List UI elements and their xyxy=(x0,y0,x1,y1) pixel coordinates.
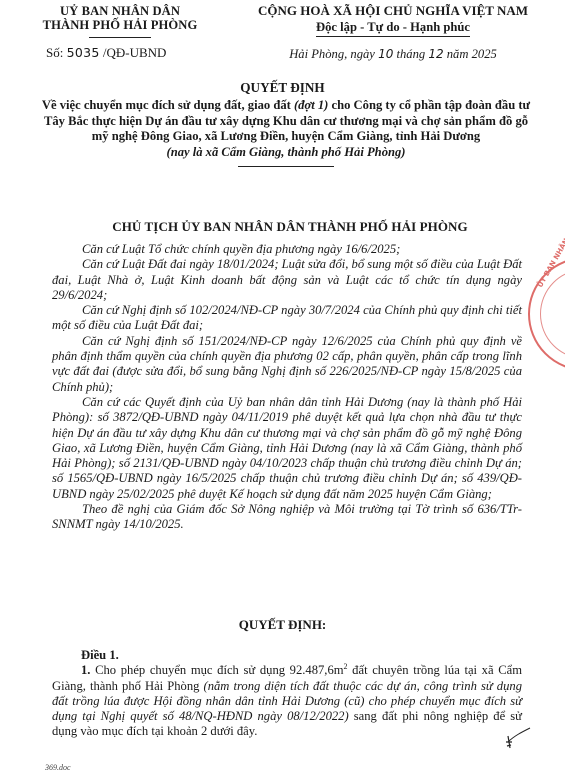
document-page: UỶ BAN NHÂN DÂN THÀNH PHỐ HẢI PHÒNG Số: … xyxy=(0,0,565,780)
document-date: Hải Phòng, ngày 10 tháng 12 năm 2025 xyxy=(228,47,558,62)
issuing-authority-block: UỶ BAN NHÂN DÂN THÀNH PHỐ HẢI PHÒNG Số: … xyxy=(25,4,215,38)
subject-underline xyxy=(238,166,334,167)
article-1: Điều 1. 1. Cho phép chuyển mục đích sử d… xyxy=(52,648,522,740)
article-title: Điều 1. xyxy=(81,648,522,663)
decision-heading: QUYẾT ĐỊNH: xyxy=(0,617,565,633)
signing-authority-heading: CHỦ TỊCH ỦY BAN NHÂN DÂN THÀNH PHỐ HẢI P… xyxy=(40,219,540,235)
national-title: CỘNG HOÀ XÃ HỘI CHỦ NGHĨA VIỆT NAM xyxy=(228,4,558,18)
article-clause-1: 1. Cho phép chuyển mục đích sử dụng 92.4… xyxy=(52,663,522,739)
document-number: Số: 5035 /QĐ-UBND xyxy=(46,45,166,61)
authority-underline xyxy=(89,37,151,38)
national-heading-block: CỘNG HOÀ XÃ HỘI CHỦ NGHĨA VIỆT NAM Độc l… xyxy=(228,4,558,37)
initial-signature-mark xyxy=(502,726,532,750)
handwritten-number: 5035 xyxy=(67,45,100,60)
issuing-authority-line1: UỶ BAN NHÂN DÂN xyxy=(25,4,215,18)
official-seal-stamp: ỦY BAN NHÂN DÂN xyxy=(528,257,565,371)
ground-paragraph: Theo đề nghị của Giám đốc Sở Nông nghiệp… xyxy=(52,502,522,533)
handwritten-month: 12 xyxy=(428,47,443,61)
handwritten-day: 10 xyxy=(378,47,393,61)
legal-grounds: Căn cứ Luật Tổ chức chính quyền địa phươ… xyxy=(52,242,522,533)
ground-paragraph: Căn cứ Luật Đất đai ngày 18/01/2024; Luậ… xyxy=(52,257,522,303)
subject-note: (nay là xã Cẩm Giàng, thành phố Hải Phòn… xyxy=(167,145,406,159)
ground-paragraph: Căn cứ Nghị định số 102/2024/NĐ-CP ngày … xyxy=(52,303,522,334)
ground-paragraph: Căn cứ các Quyết định của Uỷ ban nhân dâ… xyxy=(52,395,522,502)
national-motto: Độc lập - Tự do - Hạnh phúc xyxy=(316,20,470,37)
ground-paragraph: Căn cứ Nghị định số 151/2024/NĐ-CP ngày … xyxy=(52,334,522,395)
ground-paragraph: Căn cứ Luật Tổ chức chính quyền địa phươ… xyxy=(52,242,522,257)
file-reference: 369.doc xyxy=(45,763,71,772)
issuing-authority-line2: THÀNH PHỐ HẢI PHÒNG xyxy=(25,18,215,32)
document-subject: Về việc chuyển mục đích sử dụng đất, gia… xyxy=(40,98,532,167)
document-title: QUYẾT ĐỊNH xyxy=(0,80,565,96)
